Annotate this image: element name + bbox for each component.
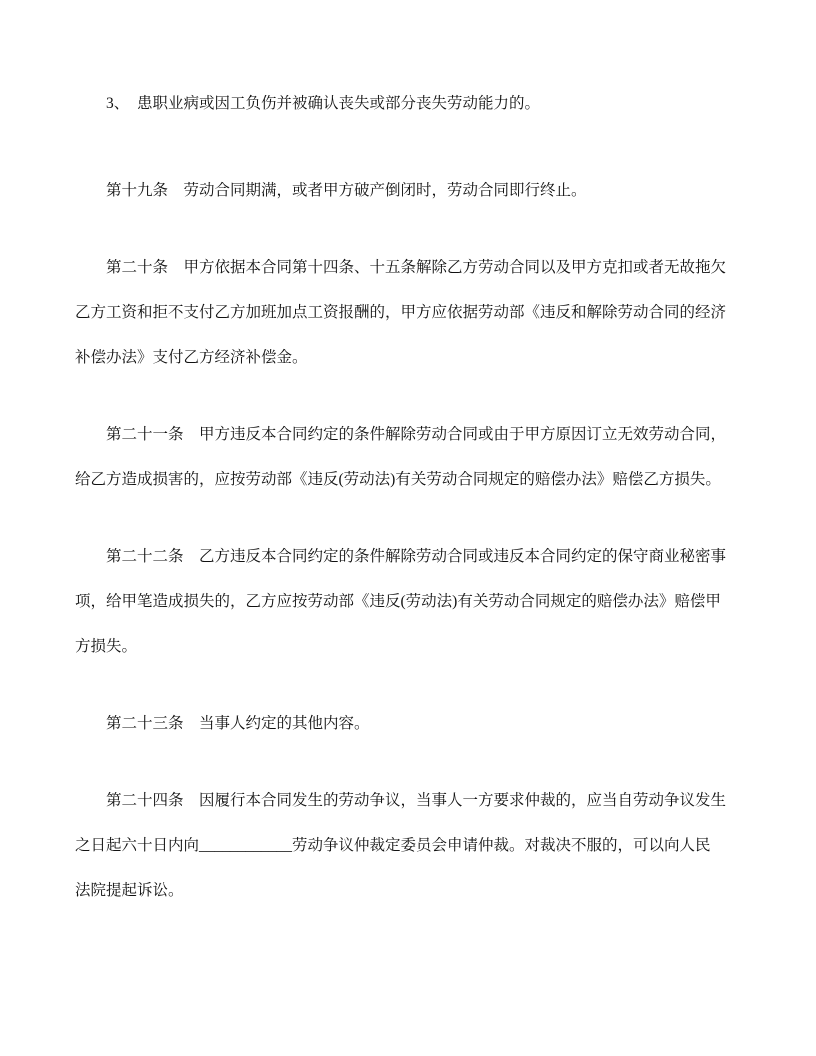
clause-23: 第二十三条 当事人约定的其他内容。 [75,701,742,746]
list-item-3: 3、 患职业病或因工负伤并被确认丧失或部分丧失劳动能力的。 [75,81,742,126]
clause-22: 第二十二条 乙方违反本合同约定的条件解除劳动合同或违反本合同约定的保守商业秘密事… [75,534,742,669]
clause-19: 第十九条 劳动合同期满，或者甲方破产倒闭时，劳动合同即行终止。 [75,168,742,213]
clause-24: 第二十四条 因履行本合同发生的劳动争议，当事人一方要求仲裁的，应当自劳动争议发生… [75,778,742,913]
clause-21: 第二十一条 甲方违反本合同约定的条件解除劳动合同或由于甲方原因订立无效劳动合同，… [75,412,742,502]
document-page: 3、 患职业病或因工负伤并被确认丧失或部分丧失劳动能力的。 第十九条 劳动合同期… [0,0,816,1056]
clause-20: 第二十条 甲方依据本合同第十四条、十五条解除乙方劳动合同以及甲方克扣或者无故拖欠… [75,245,742,380]
